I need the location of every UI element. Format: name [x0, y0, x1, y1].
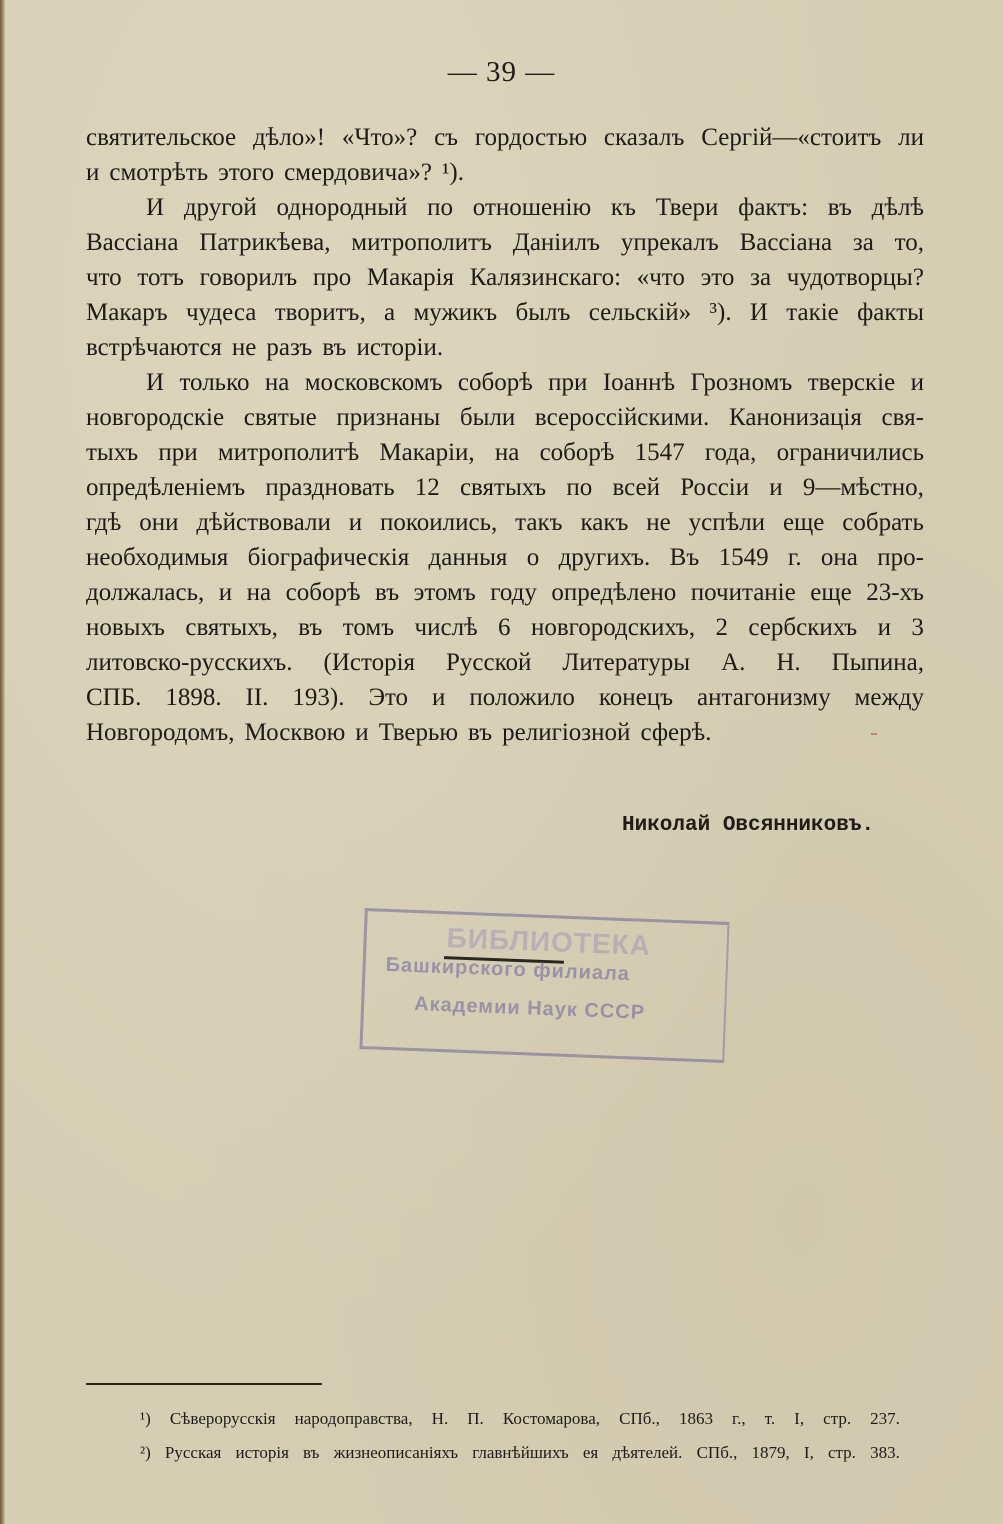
word: I,	[804, 1436, 814, 1470]
word: при	[158, 435, 197, 470]
word: СПб.,	[619, 1402, 660, 1436]
word: святыхъ	[460, 470, 546, 505]
word: Русской	[446, 645, 531, 680]
word: Россіи	[680, 470, 749, 505]
word: Сѣверорусскія	[170, 1402, 276, 1436]
word: этомъ	[414, 575, 476, 610]
word: про	[313, 260, 351, 295]
word: «Что»?	[342, 120, 417, 155]
text-line: СПБ.1898.II.193).Этоиположилоконецъантаг…	[86, 680, 924, 715]
page-spine-edge	[0, 0, 5, 1524]
word: и	[355, 715, 368, 750]
word: Это	[368, 680, 408, 715]
page-number: — 39 —	[0, 56, 1003, 89]
text-line: тыхъпримитрополитѣМакаріи,насоборѣ1547го…	[86, 435, 924, 470]
word: соборѣ	[286, 575, 361, 610]
word: въ	[303, 1436, 319, 1470]
word: про-	[877, 540, 924, 575]
word: Патрикѣева,	[199, 225, 330, 260]
word: и	[911, 365, 924, 400]
word: 1879,	[752, 1436, 790, 1470]
ink-speck	[871, 733, 877, 735]
text-line: встрѣчаютсянеразъвъисторіи.	[86, 330, 924, 365]
word: новгородскихъ,	[531, 610, 695, 645]
word: какъ	[580, 505, 628, 540]
word: II.	[246, 680, 269, 715]
word: смотрѣть	[109, 155, 208, 190]
word: на	[495, 435, 519, 470]
word: СПБ.	[86, 680, 141, 715]
word: и	[769, 470, 782, 505]
word: и	[219, 575, 232, 610]
word: И	[750, 295, 768, 330]
word: при	[548, 365, 587, 400]
word: 6	[498, 610, 511, 645]
word: ограничились	[777, 435, 924, 470]
word: смердовича»?	[284, 155, 432, 190]
word: въ	[375, 575, 399, 610]
word: митрополитѣ	[218, 435, 359, 470]
word: А.	[721, 645, 745, 680]
word: 12	[415, 470, 440, 505]
word: въ	[468, 715, 492, 750]
word: соборѣ	[540, 435, 615, 470]
word: тверскіе	[808, 365, 895, 400]
word: она	[821, 540, 858, 575]
word: что	[86, 260, 122, 295]
word: творитъ,	[275, 295, 366, 330]
word: 1863	[679, 1402, 713, 1436]
word: почитаніе	[691, 575, 796, 610]
word: на	[247, 575, 271, 610]
word: I,	[794, 1402, 804, 1436]
text-line: новгородскіесвятыепризнаныбыливсероссійс…	[86, 400, 924, 435]
footnote: ²)Русскаяисторіявъжизнеописаніяхъглавнѣй…	[140, 1436, 900, 1470]
word: СПб.,	[697, 1436, 738, 1470]
text-line: ИтольконамосковскомъсоборѣприІоаннѣГрозн…	[86, 365, 924, 400]
word: Москвою	[245, 715, 346, 750]
word: Русская	[165, 1436, 221, 1470]
word: сказалъ	[604, 120, 685, 155]
word: антагонизму	[697, 680, 831, 715]
word: въ	[322, 330, 346, 365]
word: съ	[434, 120, 458, 155]
word: за	[750, 260, 771, 295]
word: 1549	[719, 540, 769, 575]
word: и	[878, 610, 891, 645]
word: стр.	[823, 1402, 851, 1436]
stamp-line-academy: Академии Наук СССР	[414, 993, 646, 1025]
word: Твери	[656, 190, 719, 225]
word: тыхъ	[86, 435, 138, 470]
word: мужикъ	[413, 295, 497, 330]
word: Тверью	[379, 715, 458, 750]
word: конецъ	[599, 680, 673, 715]
word: признаны	[336, 400, 440, 435]
text-line: ВассіанаПатрикѣева,митрополитъДаніилъупр…	[86, 225, 924, 260]
word: Н.	[776, 645, 800, 680]
word: между	[855, 680, 924, 715]
word: положило	[469, 680, 575, 715]
word: по	[566, 470, 592, 505]
word: ея	[583, 1436, 598, 1470]
word: такіе	[786, 295, 839, 330]
word: о	[527, 540, 540, 575]
word: религіозной	[502, 715, 630, 750]
word: ли	[898, 120, 924, 155]
word: 3	[911, 610, 924, 645]
word: г.,	[732, 1402, 746, 1436]
word: новгородскіе	[86, 400, 224, 435]
word: по	[427, 190, 453, 225]
word: за	[853, 225, 874, 260]
footnote-separator	[86, 1383, 322, 1385]
word: другихъ.	[559, 540, 651, 575]
word: говорилъ	[200, 260, 298, 295]
text-line: Новгородомъ,МосквоюиТверьювърелигіознойс…	[86, 715, 924, 750]
word: Костомарова,	[503, 1402, 600, 1436]
word: жизнеописаніяхъ	[334, 1436, 458, 1470]
word: то,	[895, 225, 924, 260]
word: И	[146, 365, 164, 400]
word: были	[460, 400, 515, 435]
word: свя-	[882, 400, 924, 435]
word: данныя	[429, 540, 508, 575]
word: опредѣлено	[551, 575, 676, 610]
word: всей	[612, 470, 660, 505]
word: всероссійскими.	[535, 400, 709, 435]
stamp-line-library: БИБЛИОТЕКА	[446, 922, 651, 962]
author-signature: Николай Овсянниковъ.	[622, 814, 874, 837]
word: Грозномъ	[690, 365, 792, 400]
word: Пыпина,	[832, 645, 924, 680]
word: упрекалъ	[621, 225, 719, 260]
word: Новгородомъ,	[86, 715, 235, 750]
word: другой	[184, 190, 257, 225]
word: дѣло»!	[253, 120, 325, 155]
word: однородный	[276, 190, 407, 225]
word: соборѣ	[458, 365, 533, 400]
word: году	[490, 575, 537, 610]
word: біографическія	[248, 540, 410, 575]
word: чудеса	[186, 295, 256, 330]
word: покоились,	[380, 505, 497, 540]
word: митрополитъ	[351, 225, 492, 260]
word: гдѣ	[86, 505, 121, 540]
word: этого	[218, 155, 274, 190]
word: фактъ:	[738, 190, 808, 225]
body-text: святительскоедѣло»!«Что»?съгордостьюсказ…	[86, 120, 924, 750]
word: въ	[298, 610, 322, 645]
word: дѣйствовали	[196, 505, 330, 540]
word: Сергій—«стоитъ	[701, 120, 881, 155]
word: томъ	[343, 610, 394, 645]
word: еще	[810, 575, 851, 610]
word: святительское	[86, 120, 236, 155]
word: исторія	[236, 1436, 289, 1470]
word: И	[146, 190, 164, 225]
word: должалась,	[86, 575, 204, 610]
word: еще	[783, 505, 824, 540]
word: сельскій»	[589, 295, 691, 330]
word: былъ	[516, 295, 571, 330]
word: святые	[244, 400, 317, 435]
word: факты	[857, 295, 924, 330]
word: къ	[611, 190, 636, 225]
word: стр.	[828, 1436, 856, 1470]
word: (Исторія	[324, 645, 416, 680]
word: и	[86, 155, 99, 190]
word: такъ	[515, 505, 562, 540]
word: числѣ	[415, 610, 478, 645]
word: 2	[716, 610, 729, 645]
word: сербскихъ	[748, 610, 857, 645]
word: ²)	[140, 1436, 151, 1470]
word: собрать	[842, 505, 924, 540]
word: разъ	[266, 330, 312, 365]
word: 237.	[870, 1402, 900, 1436]
word: Вассіана	[740, 225, 832, 260]
text-line: литовско-русскихъ.(ИсторіяРусскойЛитерат…	[86, 645, 924, 680]
word: 1547	[635, 435, 685, 470]
word: 9—мѣстно,	[803, 470, 924, 505]
word: а	[384, 295, 395, 330]
word: только	[179, 365, 249, 400]
word: «что	[637, 260, 685, 295]
word: это	[701, 260, 735, 295]
word: Макаръ	[86, 295, 168, 330]
word: Н.	[432, 1402, 449, 1436]
word: не	[646, 505, 670, 540]
word: чудотворцы?	[787, 260, 924, 295]
word: П.	[467, 1402, 484, 1436]
word: народоправства,	[295, 1402, 413, 1436]
text-line: чтототъговорилъпроМакаріяКалязинскаго:«ч…	[86, 260, 924, 295]
word: Калязинскаго:	[470, 260, 621, 295]
word: гордостью	[475, 120, 587, 155]
word: Макарія	[367, 260, 454, 295]
word: Въ	[670, 540, 700, 575]
word: праздновать	[265, 470, 394, 505]
word: они	[139, 505, 178, 540]
word: т.	[765, 1402, 775, 1436]
text-line: новыхъсвятыхъ,вътомъчислѣ6новгородскихъ,…	[86, 610, 924, 645]
word: новыхъ	[86, 610, 165, 645]
word: 383.	[870, 1436, 900, 1470]
text-line: святительскоедѣло»!«Что»?съгордостьюсказ…	[86, 120, 924, 155]
word: на	[265, 365, 289, 400]
word: и	[349, 505, 362, 540]
word: святыхъ,	[185, 610, 278, 645]
word: ³).	[710, 295, 732, 330]
word: ¹).	[442, 155, 464, 190]
word: дѣлѣ	[872, 190, 924, 225]
text-line: Макаръчудесатворитъ,амужикъбылъсельскій»…	[86, 295, 924, 330]
word: 23-хъ	[866, 575, 924, 610]
word: Канонизація	[729, 400, 862, 435]
word: дѣятелей.	[612, 1436, 682, 1470]
book-page: — 39 — святительскоедѣло»!«Что»?съгордос…	[0, 0, 1003, 1524]
word: встрѣчаются	[86, 330, 222, 365]
text-line: гдѣонидѣйствовалиипокоились,такъкакънеус…	[86, 505, 924, 540]
word: Макаріи,	[379, 435, 474, 470]
word: и	[432, 680, 445, 715]
footnotes: ¹)Сѣверорусскіянародоправства,Н.П.Костом…	[140, 1402, 900, 1470]
word: отношенію	[473, 190, 591, 225]
word: успѣли	[689, 505, 765, 540]
word: года,	[705, 435, 756, 470]
word: Даніилъ	[513, 225, 600, 260]
word: г.	[788, 540, 802, 575]
word: опредѣленіемъ	[86, 470, 245, 505]
library-stamp: БИБЛИОТЕКА Башкирского филиала Академии …	[359, 908, 729, 1063]
word: необходимыя	[86, 540, 228, 575]
word: московскомъ	[305, 365, 443, 400]
word: Вассіана	[86, 225, 178, 260]
word: литовско-русскихъ.	[86, 645, 293, 680]
word: главнѣйшихъ	[472, 1436, 568, 1470]
footnote: ¹)Сѣверорусскіянародоправства,Н.П.Костом…	[140, 1402, 900, 1436]
word: сферѣ.	[640, 715, 711, 750]
word: не	[232, 330, 256, 365]
word: Іоаннѣ	[603, 365, 675, 400]
text-line: исмотрѣтьэтогосмердовича»?¹).	[86, 155, 924, 190]
word: 193).	[292, 680, 344, 715]
word: исторіи.	[356, 330, 443, 365]
text-line: должалась,инасоборѣвъэтомъгодуопредѣлено…	[86, 575, 924, 610]
text-line: опредѣленіемъпраздновать12святыхъповсейР…	[86, 470, 924, 505]
text-line: необходимыябіографическіяданныяодругихъ.…	[86, 540, 924, 575]
word: 1898.	[165, 680, 221, 715]
word: тотъ	[137, 260, 184, 295]
word: Литературы	[562, 645, 690, 680]
word: ¹)	[140, 1402, 151, 1436]
text-line: ИдругойоднородныйпоотношеніюкъТверифактъ…	[86, 190, 924, 225]
word: въ	[828, 190, 852, 225]
